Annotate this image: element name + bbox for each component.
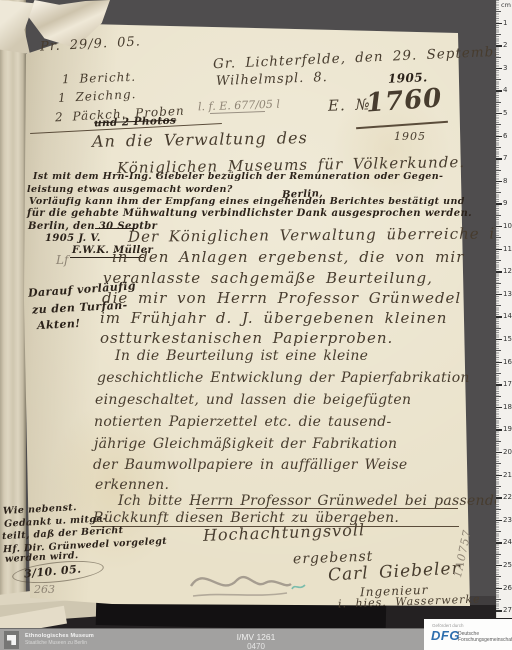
ruler-cm-label: 26 [503, 584, 512, 592]
ruler-half-tick [496, 350, 501, 351]
body-line: ostturkestanischen Papierproben. [100, 331, 393, 346]
ruler-half-tick [496, 509, 501, 510]
page-number-pencil: 263 [34, 584, 55, 595]
dfg-logo: DFG [431, 628, 460, 643]
ruler-half-tick [496, 79, 501, 80]
ruler-cm-label: 7 [503, 154, 507, 162]
ruler-cm-tick [496, 203, 502, 204]
ruler-cm-tick [496, 339, 502, 340]
ruler-cm-label: 19 [503, 425, 512, 433]
ruler-half-tick [496, 486, 501, 487]
ruler-cm-label: 22 [503, 493, 512, 501]
ruler-half-tick [496, 305, 501, 306]
annotation-line: 1905 J. V. [45, 234, 101, 244]
ruler-cm-tick [496, 294, 502, 295]
annotation-line: Vorläufig kann ihm der Empfang eines ein… [29, 197, 465, 207]
ruler-cm-label: 27 [503, 606, 512, 614]
body-line: in den Anlagen ergebenst, die von mir [112, 250, 464, 265]
ruler-cm-tick [496, 90, 502, 91]
ruler-half-tick [496, 237, 501, 238]
body-line: erkennen. [95, 478, 169, 492]
ruler-cm-label: 3 [503, 64, 507, 72]
ruler-cm-tick [496, 497, 502, 498]
ruler-cm-tick [496, 158, 502, 159]
ruler-cm-label: 21 [503, 471, 512, 479]
ruler-half-tick [496, 328, 501, 329]
body-line: notierten Papierzettel etc. die tausend- [94, 415, 392, 429]
ruler-cm-tick [496, 23, 502, 24]
ruler-cm-label: 2 [503, 41, 507, 49]
body-line: im Frühjahr d. J. übergebenen kleinen [100, 311, 447, 326]
body-line: jährige Gleichmäßigkeit der Fabrikation [94, 437, 397, 451]
archive-scan-photo: { "scan": { "background_color": "#4f4d4e… [0, 0, 512, 650]
funder-name: Forschungsgemeinschaft [458, 637, 512, 643]
address-line: Wilhelmspl. 8. [216, 71, 328, 88]
dateline-year: 1905. [388, 71, 428, 84]
pencil-reference: l. f. E. 677/05 l [198, 99, 280, 113]
ruler-cm-label: 8 [503, 177, 507, 185]
ruler-cm-tick [496, 113, 502, 114]
ruler-cm-label: 15 [503, 335, 512, 343]
ruler-half-tick [496, 599, 501, 600]
ruler-half-tick [496, 554, 501, 555]
ruler-unit-label: cm [501, 1, 511, 9]
ruler-cm-tick [496, 429, 502, 430]
ruler-cm-tick [496, 542, 502, 543]
ruler-cm-tick [496, 452, 502, 453]
ruler: cm 1234567891011121314151617181920212223… [496, 0, 512, 618]
emphasis-underline [196, 508, 458, 509]
ruler-cm-label: 16 [503, 358, 512, 366]
ruler-cm-label: 23 [503, 516, 512, 524]
body-line: Der Königlichen Verwaltung überreiche ic… [128, 226, 512, 244]
ruler-half-tick [496, 576, 501, 577]
ruler-cm-tick [496, 181, 502, 182]
ruler-half-tick [496, 34, 501, 35]
ruler-cm-label: 20 [503, 448, 512, 456]
ruler-cm-tick [496, 316, 502, 317]
body-line: die mir von Herrn Professor Grünwedel [102, 291, 461, 306]
body-line: Ich bitte Herrn Professor Grünwedel bei … [118, 494, 510, 508]
ruler-cm-tick [496, 407, 502, 408]
pencil-paraph [185, 558, 295, 604]
ruler-cm-label: 4 [503, 86, 507, 94]
ruler-cm-tick [496, 271, 502, 272]
ruler-cm-label: 1 [503, 19, 507, 27]
ruler-half-tick [496, 147, 501, 148]
ruler-cm-label: 10 [503, 222, 512, 230]
crumpled-tape [0, 0, 34, 54]
ruler-half-tick [496, 396, 501, 397]
ruler-cm-label: 25 [503, 561, 512, 569]
entry-number: 1760 [365, 85, 443, 116]
ruler-half-tick [496, 170, 501, 171]
ruler-cm-tick [496, 136, 502, 137]
recipient-line: An die Verwaltung des [92, 130, 308, 150]
ruler-half-tick [496, 260, 501, 261]
dfg-funding-box: Gefördert durch DFG Deutsche Forschungsg… [424, 619, 512, 650]
ruler-cm-tick [496, 475, 502, 476]
ruler-half-tick [496, 124, 501, 125]
ruler-half-tick [496, 441, 501, 442]
margin-note-line: Akten! [37, 318, 81, 331]
ruler-cm-tick [496, 610, 502, 611]
ruler-cm-tick [496, 565, 502, 566]
enclosure-line: 1 Bericht. [62, 71, 136, 86]
ruler-cm-tick [496, 68, 502, 69]
ruler-half-tick [496, 192, 501, 193]
ruler-cm-label: 13 [503, 290, 512, 298]
ruler-half-tick [496, 418, 501, 419]
ruler-cm-label: 24 [503, 538, 512, 546]
annotation-line: für die gehabte Mühwaltung verbindlichst… [27, 209, 472, 219]
ruler-cm-tick [496, 362, 502, 363]
body-line: der Baumwollpapiere in auffälliger Weise [93, 458, 407, 472]
ruler-cm-tick [496, 520, 502, 521]
annotation-line: leistung etwas ausgemacht worden? [27, 185, 233, 195]
ruler-cm-label: 5 [503, 109, 507, 117]
ruler-half-tick [496, 283, 501, 284]
body-line: eingeschaltet, und lassen die beigefügte… [95, 393, 411, 407]
ruler-half-tick [496, 463, 501, 464]
entry-year: 1905 [394, 131, 426, 142]
ruler-cm-label: 11 [503, 245, 512, 253]
ruler-half-tick [496, 102, 501, 103]
ruler-cm-label: 17 [503, 380, 512, 388]
annotation-line: Ist mit dem Hrn-Ing. Giebeler bezüglich … [33, 172, 443, 182]
annotation-initial: Lf [56, 254, 68, 266]
ruler-cm-label: 12 [503, 267, 512, 275]
ruler-cm-tick [496, 45, 502, 46]
ruler-cm-label: 6 [503, 132, 507, 140]
ruler-cm-tick [496, 384, 502, 385]
ruler-cm-tick [496, 249, 502, 250]
ruler-cm-tick [496, 588, 502, 589]
entry-number-prefix: E. № [328, 97, 371, 113]
ruler-half-tick [496, 531, 501, 532]
ruler-cm-label: 9 [503, 199, 507, 207]
body-line: veranlasste sachgemäße Beurteilung, [103, 271, 433, 286]
ruler-half-tick [496, 57, 501, 58]
body-line: In die Beurteilung ist eine kleine [115, 349, 368, 363]
teal-pencil-mark [290, 581, 308, 593]
ruler-half-tick [496, 373, 501, 374]
body-line: geschichtliche Entwicklung der Papierfab… [97, 371, 470, 385]
ruler-half-tick [496, 11, 501, 12]
ruler-cm-label: 14 [503, 312, 512, 320]
ruler-cm-label: 18 [503, 403, 512, 411]
ruler-half-tick [496, 215, 501, 216]
ruler-cm-tick [496, 226, 502, 227]
